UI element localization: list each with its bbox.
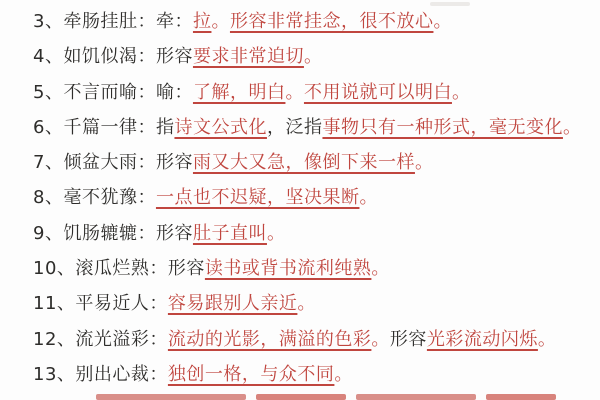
definition-line: 13、别出心裁：独创一格，与众不同。 — [33, 357, 594, 392]
definition-line: 12、流光溢彩：流动的光影，满溢的色彩。形容光彩流动闪烁。 — [33, 322, 594, 357]
term-text: 6、千篇一律：指 — [33, 117, 174, 138]
term-text: 8、毫不犹豫： — [33, 187, 156, 208]
definition-text: 诗文公式化 — [174, 117, 267, 138]
definition-text: 独创一格，与众不同 — [168, 364, 335, 385]
definition-text: 。 — [334, 364, 353, 385]
definition-line: 10、滚瓜烂熟：形容读书或背书流利纯熟。 — [33, 251, 594, 286]
clipped-red-text — [356, 394, 476, 400]
partial-next-line — [96, 394, 576, 400]
definition-text: 不用说就可以明白 — [304, 82, 452, 103]
definition-text: 。 — [433, 11, 452, 32]
definition-text: 要求非常迫切 — [193, 46, 304, 67]
definition-text: 光彩流动闪烁 — [427, 329, 538, 350]
definition-text: 。 — [285, 82, 304, 103]
idiom-definition-list: 3、牵肠挂肚：牵：拉。形容非常挂念，很不放心。4、如饥似渴：形容要求非常迫切。5… — [0, 0, 600, 392]
definition-text: 。 — [563, 117, 582, 138]
clipped-red-text — [486, 394, 556, 400]
definition-text: 容易跟别人亲近 — [168, 293, 298, 314]
definition-text: 。 — [371, 258, 390, 279]
definition-text: 雨又大又急，像倒下来一样 — [193, 152, 415, 173]
definition-text: 。 — [415, 152, 434, 173]
definition-text: 。 — [267, 223, 286, 244]
term-text: ，泛指 — [267, 117, 323, 138]
term-text: 5、不言而喻：喻： — [33, 82, 193, 103]
definition-text: 形容非常挂念，很不放心 — [230, 11, 434, 32]
term-text: 12、流光溢彩： — [33, 329, 168, 350]
definition-text: 。 — [359, 187, 378, 208]
definition-line: 5、不言而喻：喻：了解，明白。不用说就可以明白。 — [33, 75, 594, 110]
definition-text: 。 — [211, 11, 230, 32]
term-text: 9、饥肠辘辘：形容 — [33, 223, 193, 244]
definition-text: 事物只有一种形式，毫无变化 — [322, 117, 563, 138]
definition-text: 一点也不迟疑，坚决果断 — [156, 187, 360, 208]
definition-text: 肚子直叫 — [193, 223, 267, 244]
definition-text: 。 — [297, 293, 316, 314]
definition-text: 拉 — [193, 11, 212, 32]
clipped-red-text — [96, 394, 246, 400]
document-page: 3、牵肠挂肚：牵：拉。形容非常挂念，很不放心。4、如饥似渴：形容要求非常迫切。5… — [0, 0, 600, 400]
definition-text: 了解，明白 — [193, 82, 286, 103]
term-text: 13、别出心裁： — [33, 364, 168, 385]
definition-line: 4、如饥似渴：形容要求非常迫切。 — [33, 39, 594, 74]
term-text: 3、牵肠挂肚：牵： — [33, 11, 193, 32]
definition-line: 6、千篇一律：指诗文公式化，泛指事物只有一种形式，毫无变化。 — [33, 110, 594, 145]
definition-text: 。 — [452, 82, 471, 103]
definition-text: 。 — [371, 329, 390, 350]
definition-text: 读书或背书流利纯熟 — [205, 258, 372, 279]
definition-text: 。 — [538, 329, 557, 350]
term-text: 10、滚瓜烂熟：形容 — [33, 258, 205, 279]
definition-line: 11、平易近人：容易跟别人亲近。 — [33, 286, 594, 321]
definition-line: 9、饥肠辘辘：形容肚子直叫。 — [33, 216, 594, 251]
definition-line: 8、毫不犹豫：一点也不迟疑，坚决果断。 — [33, 180, 594, 215]
scan-smudge — [430, 2, 470, 6]
term-text: 7、倾盆大雨：形容 — [33, 152, 193, 173]
definition-line: 3、牵肠挂肚：牵：拉。形容非常挂念，很不放心。 — [33, 4, 594, 39]
term-text: 11、平易近人： — [33, 293, 168, 314]
definition-text: 。 — [304, 46, 323, 67]
term-text: 4、如饥似渴：形容 — [33, 46, 193, 67]
term-text: 形容 — [390, 329, 427, 350]
definition-line: 7、倾盆大雨：形容雨又大又急，像倒下来一样。 — [33, 145, 594, 180]
clipped-red-text — [256, 394, 346, 400]
definition-text: 流动的光影，满溢的色彩 — [168, 329, 372, 350]
